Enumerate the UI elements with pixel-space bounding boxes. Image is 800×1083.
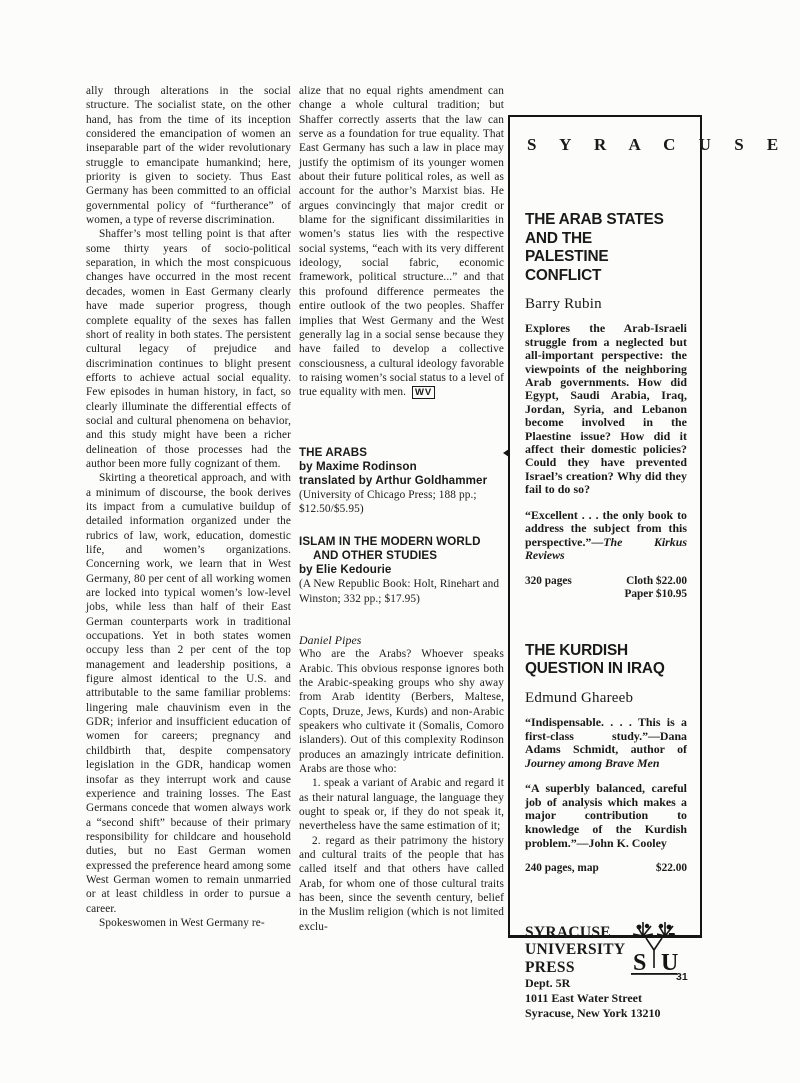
ad-book2-pages-price-row: 240 pages, map $22.00 [525,862,687,876]
article-paragraph-text: alize that no equal rights amendment can… [299,85,504,398]
page-count: 240 pages, map [525,862,599,876]
page-number: 31 [676,971,688,983]
ad-book1-review-quote: “Excellent . . . the only book to addres… [525,509,687,563]
book-title: THE ARABS [299,446,504,460]
syracuse-press-advertisement: S Y R A C U S E THE ARAB STATES AND THE … [508,115,702,938]
review-list-item-1: 1. speak a variant of Arabic and regard … [299,776,504,833]
ad-book2-title-line2: QUESTION IN IRAQ [525,660,687,679]
press-address-block: S U SYRACUSE UNIVERSITY PRESS Dept. 5R 1… [525,924,687,1021]
book-title-line1: ISLAM IN THE MODERN WORLD [299,535,504,549]
cloth-price: $22.00 [656,862,687,876]
ad-book1-author: Barry Rubin [525,296,687,313]
quote-book-title: Journey among Brave Men [525,756,659,770]
ad-book1-title: THE ARAB STATES AND THE PALESTINE CONFLI… [525,211,687,285]
review-paragraph: Who are the Arabs? Whoever speaks Arabic… [299,647,504,776]
book-title-line2: AND OTHER STUDIES [299,549,504,563]
ad-book1-title-line2: AND THE [525,230,687,249]
middle-text-column: alize that no equal rights amendment can… [299,84,504,934]
ad-book1-title-line3: PALESTINE CONFLICT [525,248,687,285]
ad-book2-review-quote-1: “Indispensable. . . . This is a first-cl… [525,716,687,770]
ad-book2-review-quote-2: “A superbly balanced, careful job of ana… [525,782,687,850]
ad-book1-description: Explores the Arab-Israeli struggle from … [525,322,687,496]
ad-book1-title-line1: THE ARAB STATES [525,211,687,230]
left-text-column: ally through alterations in the social s… [86,84,291,930]
review-list-item-2: 2. regard as their patrimony the history… [299,834,504,934]
article-paragraph: alize that no equal rights amendment can… [299,84,504,400]
publisher-banner: S Y R A C U S E [527,135,687,155]
article-paragraph: ally through alterations in the social s… [86,84,291,227]
scan-artifact-notch [503,449,509,457]
book-author-line: by Elie Kedourie [299,563,504,577]
article-paragraph: Spokeswomen in West Germany re- [86,916,291,930]
reviewer-byline: Daniel Pipes [299,633,504,647]
book-listing-islam: ISLAM IN THE MODERN WORLD AND OTHER STUD… [299,535,504,606]
ad-book1-pages-price-row: 320 pages Cloth $22.00 [525,575,687,589]
reviewer-initials-marker: WV [412,386,435,399]
press-city: Syracuse, New York 13210 [525,1006,687,1021]
press-street: 1011 East Water Street [525,991,687,1006]
book-listing-the-arabs: THE ARABS by Maxime Rodinson translated … [299,446,504,517]
quote-text: “Indispensable. . . . This is a first-cl… [525,715,687,756]
book-publisher-line: (A New Republic Book: Holt, Rinehart and… [299,577,504,606]
ad-book2-title: THE KURDISH QUESTION IN IRAQ [525,642,687,679]
paper-price: Paper $10.95 [525,588,687,602]
book-translator-line: translated by Arthur Goldhammer [299,474,504,488]
page-count: 320 pages [525,575,572,589]
book-publisher-line: (University of Chicago Press; 188 pp.; $… [299,488,504,517]
ad-book2-author: Edmund Ghareeb [525,690,687,707]
syracuse-university-press-logo: S U [627,918,681,980]
article-paragraph: Shaffer’s most telling point is that aft… [86,227,291,471]
book-author-line: by Maxime Rodinson [299,460,504,474]
svg-text:S: S [633,950,646,976]
cloth-price: Cloth $22.00 [626,575,687,589]
ad-book2-title-line1: THE KURDISH [525,642,687,661]
article-paragraph: Skirting a theoretical approach, and wit… [86,471,291,916]
